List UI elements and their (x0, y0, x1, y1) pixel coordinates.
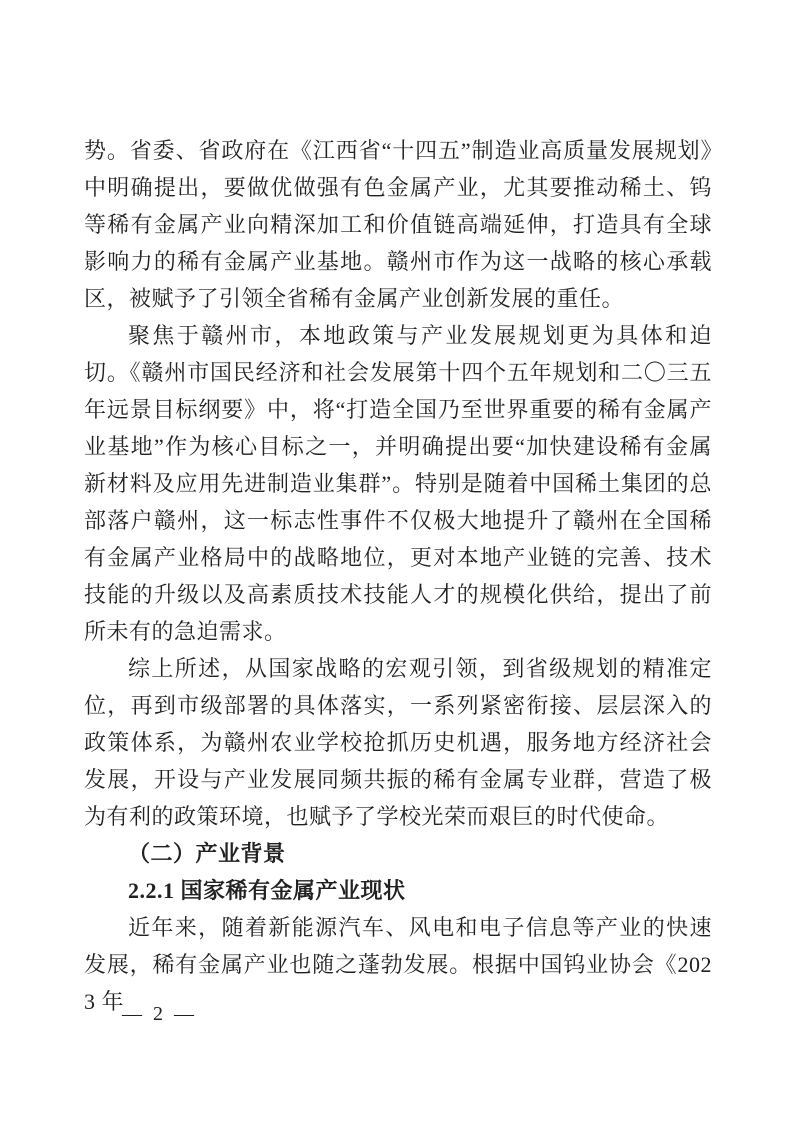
paragraph-policy-ganzhou: 聚焦于赣州市，本地政策与产业发展规划更为具体和迫切。《赣州市国民经济和社会发展第… (84, 317, 712, 650)
document-page: 势。省委、省政府在《江西省“十四五”制造业高质量发展规划》中明确提出，要做优做强… (0, 0, 794, 1123)
page-number: — 2 — (122, 1003, 197, 1026)
section-heading-industry-background: （二）产业背景 (84, 835, 712, 872)
paragraph-policy-province: 势。省委、省政府在《江西省“十四五”制造业高质量发展规划》中明确提出，要做优做强… (84, 132, 712, 317)
page-body: 势。省委、省政府在《江西省“十四五”制造业高质量发展规划》中明确提出，要做优做强… (84, 132, 712, 1020)
subsection-heading-national-rare-metal-status: 2.2.1 国家稀有金属产业现状 (84, 872, 712, 909)
paragraph-policy-summary: 综上所述，从国家战略的宏观引领，到省级规划的精准定位，再到市级部署的具体落实，一… (84, 650, 712, 835)
